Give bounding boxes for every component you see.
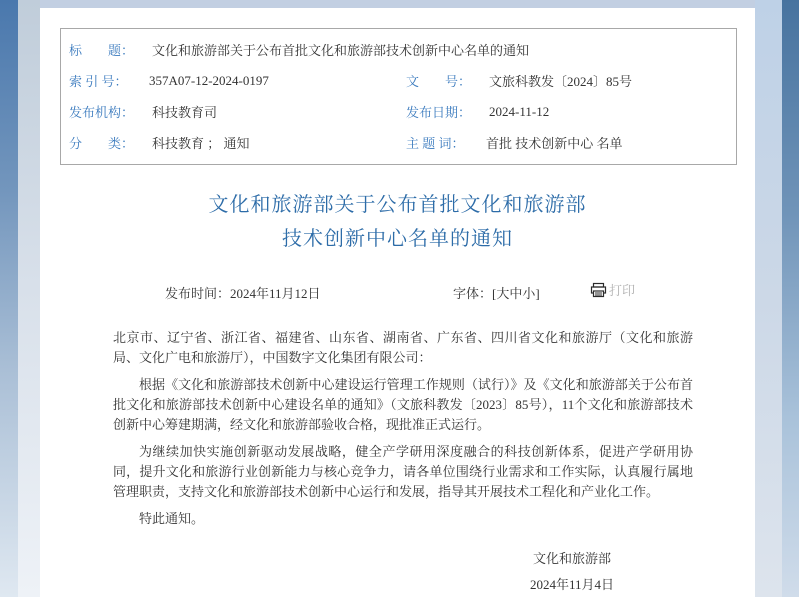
- meta-cell-index: 索 引 号： 357A07-12-2024-0197: [61, 71, 406, 90]
- document-body: 北京市、辽宁省、浙江省、福建省、山东省、湖南省、广东省、四川省文化和旅游厅（文化…: [113, 328, 693, 536]
- font-size-medium[interactable]: 中: [509, 286, 522, 301]
- publish-time-value: 2024年11月12日: [230, 286, 321, 301]
- page-title: 文化和旅游部关于公布首批文化和旅游部 技术创新中心名单的通知: [40, 188, 755, 256]
- meta-index-value: 357A07-12-2024-0197: [149, 73, 269, 89]
- meta-pubdate-value: 2024-11-12: [489, 104, 549, 120]
- meta-cell-docnum: 文 号： 文旅科教发〔2024〕85号: [406, 71, 736, 90]
- meta-row-title: 标 题： 文化和旅游部关于公布首批文化和旅游部技术创新中心名单的通知: [61, 34, 736, 65]
- paragraph-addressees: 北京市、辽宁省、浙江省、福建省、山东省、湖南省、广东省、四川省文化和旅游厅（文化…: [113, 328, 693, 368]
- document-metadata-table: 标 题： 文化和旅游部关于公布首批文化和旅游部技术创新中心名单的通知 索 引 号…: [60, 28, 737, 165]
- font-size-small[interactable]: 小: [522, 286, 535, 301]
- meta-row-category-subject: 分 类： 科技教育 ； 通知 主 题 词： 首批 技术创新中心 名单: [61, 127, 736, 158]
- font-size-large[interactable]: 大: [496, 286, 509, 301]
- meta-subject-label: 主 题 词：: [406, 133, 468, 152]
- meta-title-value: 文化和旅游部关于公布首批文化和旅游部技术创新中心名单的通知: [152, 40, 529, 59]
- publish-time-label: 发布时间：: [165, 286, 230, 301]
- article-toolbar: 发布时间：2024年11月12日 字体：[大中小] 打印: [40, 280, 755, 304]
- signature-date: 2024年11月4日: [452, 572, 692, 597]
- meta-pubdate-label: 发布日期：: [406, 102, 471, 121]
- meta-cell-category: 分 类： 科技教育 ； 通知: [61, 133, 406, 152]
- meta-cell-pubdate: 发布日期： 2024-11-12: [406, 102, 736, 121]
- meta-agency-value: 科技教育司: [152, 102, 217, 121]
- page: 标 题： 文化和旅游部关于公布首批文化和旅游部技术创新中心名单的通知 索 引 号…: [0, 0, 799, 597]
- print-button-label: 打印: [609, 280, 635, 299]
- publish-time: 发布时间：2024年11月12日: [165, 283, 321, 302]
- page-title-line1: 文化和旅游部关于公布首批文化和旅游部: [40, 188, 755, 222]
- meta-cell-title: 标 题： 文化和旅游部关于公布首批文化和旅游部技术创新中心名单的通知: [61, 40, 736, 59]
- top-gradient-strip: [0, 0, 799, 8]
- font-size-selector: 字体：[大中小]: [453, 283, 540, 302]
- meta-subject-value: 首批 技术创新中心 名单: [486, 133, 623, 152]
- right-inner-gradient-strip: [755, 0, 782, 597]
- meta-category-value: 科技教育 ； 通知: [152, 133, 250, 152]
- meta-cell-subject: 主 题 词： 首批 技术创新中心 名单: [406, 133, 736, 152]
- meta-docnum-value: 文旅科教发〔2024〕85号: [489, 71, 632, 90]
- page-title-line2: 技术创新中心名单的通知: [40, 222, 755, 256]
- signature-issuer: 文化和旅游部: [452, 546, 692, 572]
- right-outer-gradient-strip: [782, 0, 799, 597]
- signature-block: 文化和旅游部 2024年11月4日: [452, 546, 692, 597]
- document-content-area: 标 题： 文化和旅游部关于公布首批文化和旅游部技术创新中心名单的通知 索 引 号…: [40, 8, 755, 597]
- meta-row-index-docnum: 索 引 号： 357A07-12-2024-0197 文 号： 文旅科教发〔20…: [61, 65, 736, 96]
- bracket-close: ]: [535, 286, 539, 301]
- meta-agency-label: 发布机构：: [69, 102, 134, 121]
- print-button[interactable]: 打印: [590, 280, 635, 299]
- left-inner-gradient-strip: [18, 0, 40, 597]
- printer-icon: [590, 282, 609, 298]
- meta-docnum-label: 文 号：: [406, 71, 471, 90]
- meta-category-label: 分 类：: [69, 133, 134, 152]
- meta-index-label: 索 引 号：: [69, 71, 131, 90]
- font-size-label: 字体：: [453, 286, 492, 301]
- meta-title-label: 标 题：: [69, 40, 134, 59]
- paragraph-requirements: 为继续加快实施创新驱动发展战略，健全产学研用深度融合的科技创新体系，促进产学研用…: [113, 442, 693, 502]
- paragraph-closing: 特此通知。: [113, 509, 693, 529]
- meta-row-agency-date: 发布机构： 科技教育司 发布日期： 2024-11-12: [61, 96, 736, 127]
- meta-cell-agency: 发布机构： 科技教育司: [61, 102, 406, 121]
- paragraph-basis: 根据《文化和旅游部技术创新中心建设运行管理工作规则（试行）》及《文化和旅游部关于…: [113, 375, 693, 435]
- left-outer-gradient-strip: [0, 0, 18, 597]
